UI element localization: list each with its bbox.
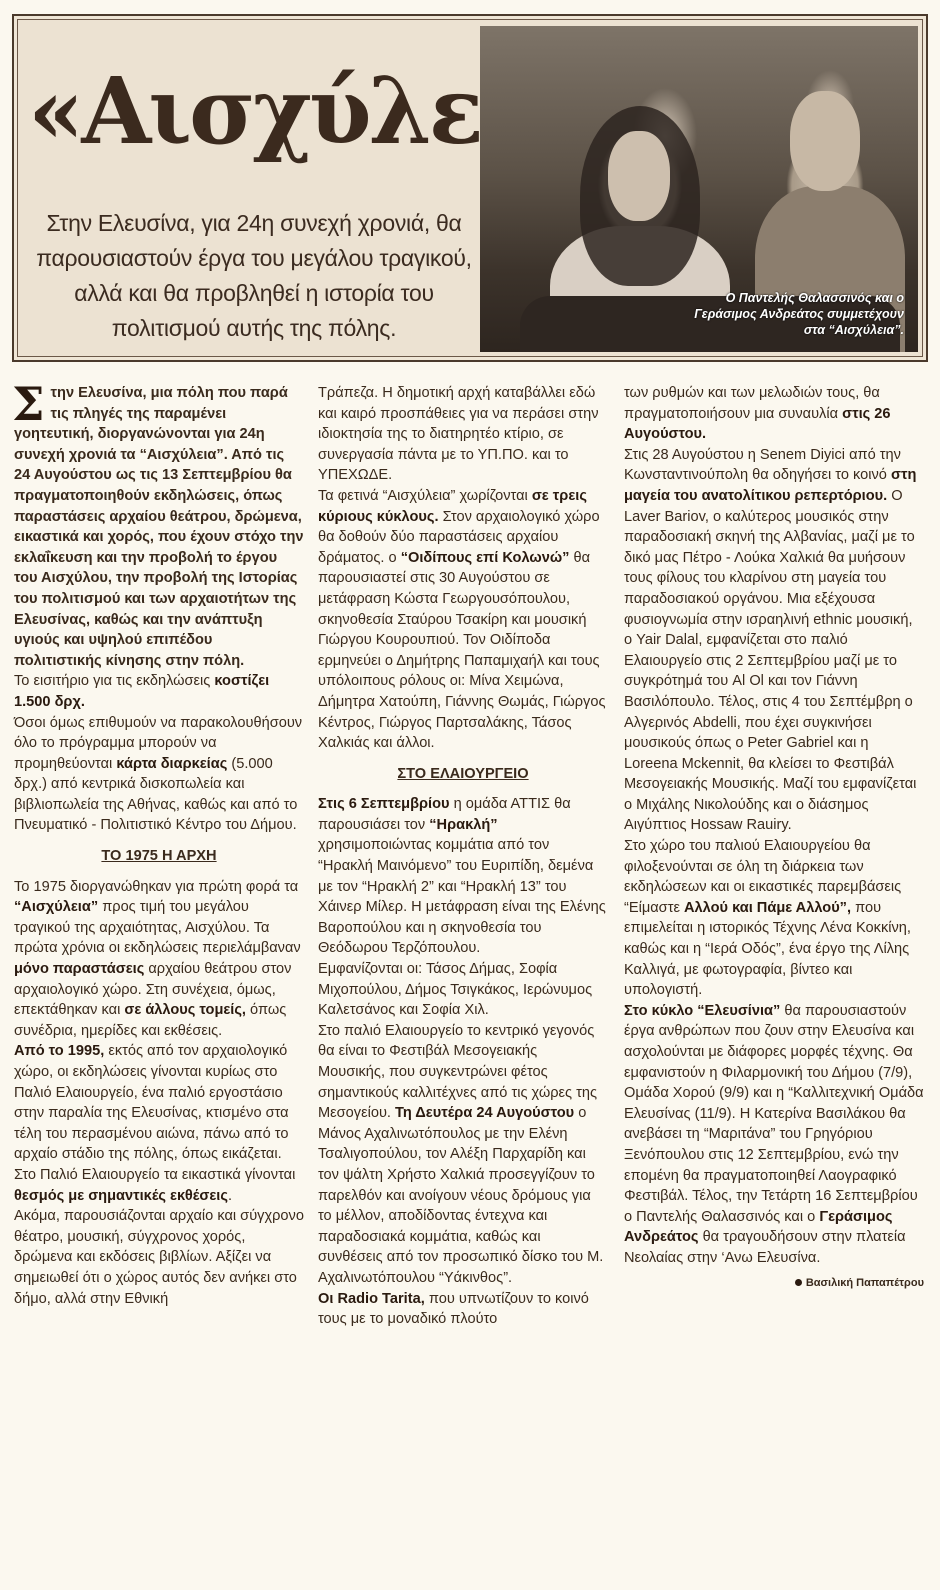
paragraph: Στο κύκλο “Ελευσίνια” θα παρουσιαστούν έ…	[624, 1001, 924, 1269]
paragraph: των ρυθμών και των μελωδιών τους, θα πρα…	[624, 383, 924, 445]
paragraph: Στο χώρο του παλιού Ελαιουργείου θα φιλο…	[624, 836, 924, 1001]
paragraph: Όσοι όμως επιθυμούν να παρακολουθήσουν ό…	[14, 713, 304, 837]
paragraph: Στο παλιό Ελαιουργείο το κεντρικό γεγονό…	[318, 1021, 608, 1289]
lead-paragraph: Στην Ελευσίνα, μια πόλη που παρά τις πλη…	[14, 383, 304, 671]
section-heading: ΤΟ 1975 Η ΑΡΧΗ	[14, 846, 304, 867]
paragraph: Από το 1995, εκτός από τον αρχαιολογικό …	[14, 1041, 304, 1165]
paragraph: Τα φετινά “Αισχύλεια” χωρίζονται σε τρει…	[318, 486, 608, 754]
deck-subtitle: Στην Ελευσίνα, για 24η συνεχή χρονιά, θα…	[34, 206, 474, 346]
byline: Βασιλική Παπαπέτρου	[624, 1273, 924, 1294]
column-1: Στην Ελευσίνα, μια πόλη που παρά τις πλη…	[14, 383, 304, 1309]
person-face	[790, 91, 860, 191]
photo: Ο Παντελής Θαλασσινός και ο Γεράσιμος Αν…	[480, 26, 918, 352]
paragraph: Εμφανίζονται οι: Τάσος Δήμας, Σοφία Μιχο…	[318, 959, 608, 1021]
drop-cap: Σ	[12, 385, 45, 423]
section-heading: ΣΤΟ ΕΛΑΙΟΥΡΓΕΙΟ	[318, 764, 608, 785]
article-header: «Αισχύλεια» Στην Ελευσίνα, για 24η συνεχ…	[12, 14, 928, 362]
paragraph: Στις 28 Αυγούστου η Senem Diyici από την…	[624, 445, 924, 836]
paragraph: Οι Radio Tarita, που υπνωτίζουν το κοινό…	[318, 1289, 608, 1330]
paragraph: Στο Παλιό Ελαιουργείο τα εικαστικά γίνον…	[14, 1165, 304, 1206]
paragraph: Τράπεζα. Η δημοτική αρχή καταβάλλει εδώ …	[318, 383, 608, 486]
photo-caption: Ο Παντελής Θαλασσινός και ο Γεράσιμος Αν…	[684, 290, 904, 338]
headline: «Αισχύλεια»	[28, 56, 322, 166]
paragraph: Το 1975 διοργανώθηκαν για πρώτη φορά τα …	[14, 877, 304, 1042]
paragraph: Το εισιτήριο για τις εκδηλώσεις κοστίζει…	[14, 671, 304, 712]
bullet-icon	[795, 1279, 802, 1286]
paragraph: Ακόμα, παρουσιάζονται αρχαίο και σύγχρον…	[14, 1206, 304, 1309]
column-2: Τράπεζα. Η δημοτική αρχή καταβάλλει εδώ …	[318, 383, 608, 1330]
paragraph: Στις 6 Σεπτεμβρίου η ομάδα ΑΤΤΙΣ θα παρο…	[318, 794, 608, 959]
article-body: Στην Ελευσίνα, μια πόλη που παρά τις πλη…	[14, 383, 930, 1583]
person-face	[608, 131, 670, 221]
column-3: των ρυθμών και των μελωδιών τους, θα πρα…	[624, 383, 924, 1293]
